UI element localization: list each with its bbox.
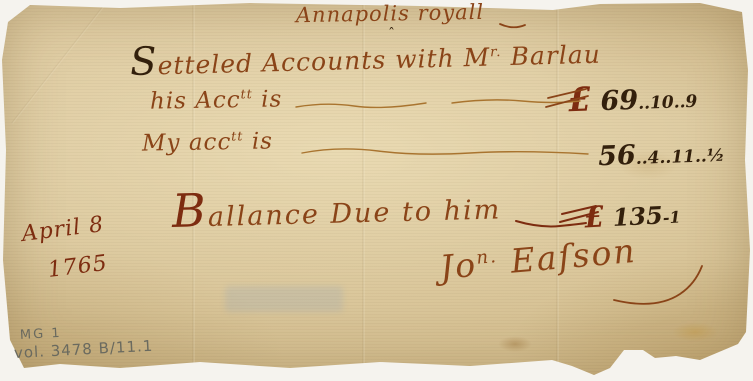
account-amount-my: 56..4..11..½ [597, 130, 725, 173]
signature-superscript: n. [476, 246, 499, 269]
paper-stain [672, 322, 718, 342]
account-amount-his: £ 69..10..9 [567, 76, 697, 119]
account-label-superscript: tt [231, 128, 243, 143]
account-verb: is [253, 86, 283, 113]
balance-amount: £ 135-1 [583, 196, 681, 235]
fold-crease [11, 0, 112, 124]
place-heading: Annapolis royall [250, 0, 530, 28]
honorific-superscript: r. [490, 44, 502, 60]
account-row-my: My acctt is [142, 128, 273, 157]
honorific: M [463, 43, 490, 73]
shillings-pence-value: ..4..11..½ [635, 146, 724, 169]
shillings-pence-value: ..10..9 [638, 92, 698, 114]
shillings-pence-value: -1 [662, 207, 681, 227]
creditor-name: Barlau [501, 40, 601, 72]
balance-line: Ballance Due to him [171, 175, 501, 238]
account-label-superscript: tt [240, 86, 252, 101]
account-row-his: his Acctt is [150, 86, 283, 115]
account-label: My acc [142, 129, 232, 157]
faded-stamp [225, 286, 343, 312]
pounds-value: 135 [604, 200, 664, 232]
account-verb: is [243, 128, 273, 155]
pound-sign: £ [583, 199, 605, 234]
signature-given: Jo [438, 245, 478, 287]
pound-sign: £ [567, 79, 591, 119]
archival-note-line1: MG 1 [20, 326, 62, 343]
ink-stain [498, 336, 532, 352]
account-label: his Acc [150, 87, 241, 115]
balance-text: Ballance Due to him [171, 175, 501, 238]
pounds-value: 69 [591, 85, 639, 118]
pounds-value: 56 [598, 140, 637, 172]
